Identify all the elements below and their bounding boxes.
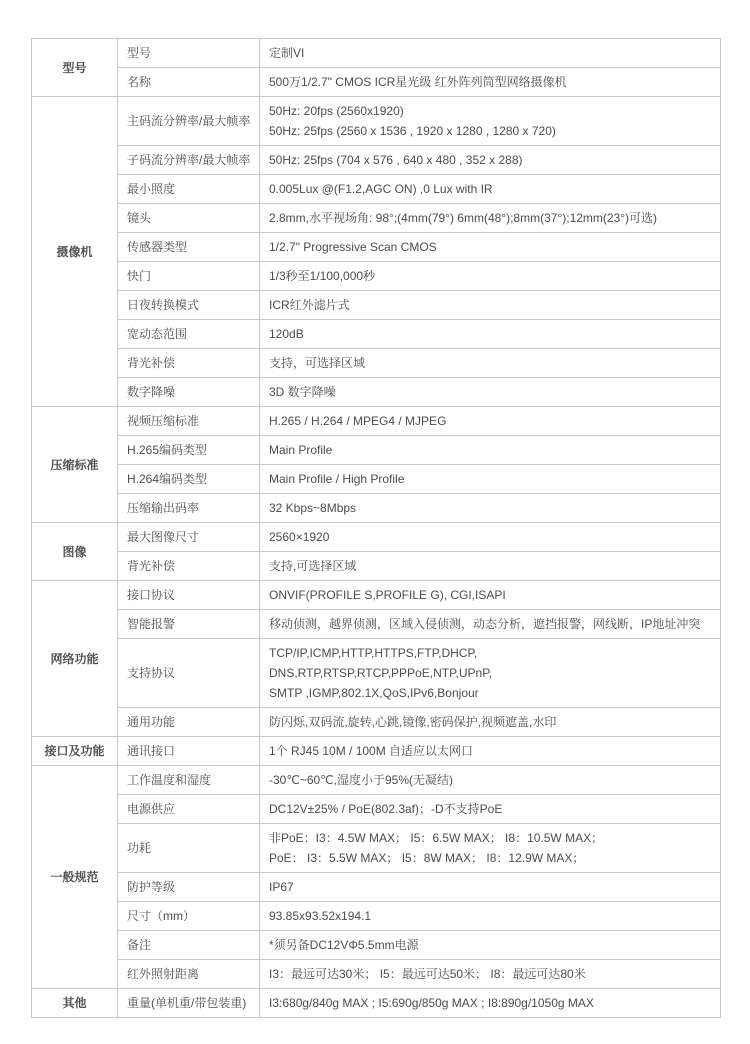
- value-line: 定制VI: [269, 43, 714, 63]
- table-row: 智能报警移动侦测，越界侦测，区域入侵侦测，动态分析，遮挡报警，网线断，IP地址冲…: [32, 610, 721, 639]
- value-line: 2.8mm,水平视场角: 98°;(4mm(79°) 6mm(48°);8mm(…: [269, 208, 714, 228]
- param-cell: 快门: [118, 262, 260, 291]
- value-cell: 定制VI: [260, 39, 721, 68]
- value-line: H.265 / H.264 / MPEG4 / MJPEG: [269, 411, 714, 431]
- value-cell: Main Profile: [260, 436, 721, 465]
- value-line: SMTP ,IGMP,802.1X,QoS,IPv6,Bonjour: [269, 683, 714, 703]
- param-cell: 主码流分辨率/最大帧率: [118, 97, 260, 146]
- table-row: 名称500万1/2.7" CMOS ICR星光级 红外阵列筒型网络摄像机: [32, 68, 721, 97]
- value-line: 50Hz: 20fps (2560x1920): [269, 101, 714, 121]
- value-cell: *须另备DC12VΦ5.5mm电源: [260, 931, 721, 960]
- param-cell: 视频压缩标准: [118, 407, 260, 436]
- table-row: 压缩输出码率32 Kbps~8Mbps: [32, 494, 721, 523]
- value-line: -30℃~60℃,湿度小于95%(无凝结): [269, 770, 714, 790]
- table-row: 压缩标准视频压缩标准H.265 / H.264 / MPEG4 / MJPEG: [32, 407, 721, 436]
- table-row: 图像最大图像尺寸2560×1920: [32, 523, 721, 552]
- spec-table: 型号型号定制VI名称500万1/2.7" CMOS ICR星光级 红外阵列筒型网…: [31, 38, 721, 1018]
- value-line: 3D 数字降噪: [269, 382, 714, 402]
- value-cell: H.265 / H.264 / MPEG4 / MJPEG: [260, 407, 721, 436]
- table-row: 宽动态范围120dB: [32, 320, 721, 349]
- value-line: 非PoE：I3：4.5W MAX； I5：6.5W MAX； I8：10.5W …: [269, 828, 714, 848]
- value-line: IP67: [269, 877, 714, 897]
- value-cell: 支持,可选择区域: [260, 552, 721, 581]
- category-cell: 接口及功能: [32, 737, 118, 766]
- value-cell: 93.85x93.52x194.1: [260, 902, 721, 931]
- table-row: H.264编码类型Main Profile / High Profile: [32, 465, 721, 494]
- value-cell: 120dB: [260, 320, 721, 349]
- value-line: *须另备DC12VΦ5.5mm电源: [269, 935, 714, 955]
- category-cell: 图像: [32, 523, 118, 581]
- value-cell: 防闪烁,双码流,旋转,心跳,镜像,密码保护,视频遮盖,水印: [260, 708, 721, 737]
- param-cell: 尺寸（mm）: [118, 902, 260, 931]
- value-cell: 32 Kbps~8Mbps: [260, 494, 721, 523]
- param-cell: 支持协议: [118, 639, 260, 708]
- value-line: 2560×1920: [269, 527, 714, 547]
- param-cell: H.265编码类型: [118, 436, 260, 465]
- value-line: 93.85x93.52x194.1: [269, 906, 714, 926]
- value-cell: ONVIF(PROFILE S,PROFILE G), CGI,ISAPI: [260, 581, 721, 610]
- param-cell: 名称: [118, 68, 260, 97]
- value-line: 支持，可选择区域: [269, 353, 714, 373]
- value-cell: IP67: [260, 873, 721, 902]
- table-row: 摄像机主码流分辨率/最大帧率50Hz: 20fps (2560x1920)50H…: [32, 97, 721, 146]
- value-cell: 500万1/2.7" CMOS ICR星光级 红外阵列筒型网络摄像机: [260, 68, 721, 97]
- spec-table-body: 型号型号定制VI名称500万1/2.7" CMOS ICR星光级 红外阵列筒型网…: [32, 39, 721, 1018]
- value-line: 1/2.7" Progressive Scan CMOS: [269, 237, 714, 257]
- param-cell: 子码流分辨率/最大帧率: [118, 146, 260, 175]
- table-row: 接口及功能通讯接口1个 RJ45 10M / 100M 自适应以太网口: [32, 737, 721, 766]
- param-cell: 接口协议: [118, 581, 260, 610]
- value-cell: DC12V±25% / PoE(802.3af)；-D不支持PoE: [260, 795, 721, 824]
- table-row: 功耗非PoE：I3：4.5W MAX； I5：6.5W MAX； I8：10.5…: [32, 824, 721, 873]
- value-cell: 2.8mm,水平视场角: 98°;(4mm(79°) 6mm(48°);8mm(…: [260, 204, 721, 233]
- table-row: 支持协议TCP/IP,ICMP,HTTP,HTTPS,FTP,DHCP,DNS,…: [32, 639, 721, 708]
- param-cell: 镜头: [118, 204, 260, 233]
- value-cell: 1/3秒至1/100,000秒: [260, 262, 721, 291]
- table-row: 数字降噪3D 数字降噪: [32, 378, 721, 407]
- table-row: 传感器类型1/2.7" Progressive Scan CMOS: [32, 233, 721, 262]
- value-line: 32 Kbps~8Mbps: [269, 498, 714, 518]
- value-line: 0.005Lux @(F1.2,AGC ON) ,0 Lux with IR: [269, 179, 714, 199]
- table-row: 最小照度0.005Lux @(F1.2,AGC ON) ,0 Lux with …: [32, 175, 721, 204]
- value-line: Main Profile: [269, 440, 714, 460]
- param-cell: 型号: [118, 39, 260, 68]
- param-cell: 智能报警: [118, 610, 260, 639]
- table-row: 红外照射距离I3：最远可达30米； I5：最远可达50米； I8：最远可达80米: [32, 960, 721, 989]
- value-line: TCP/IP,ICMP,HTTP,HTTPS,FTP,DHCP,: [269, 643, 714, 663]
- value-line: ICR红外滤片式: [269, 295, 714, 315]
- category-cell: 摄像机: [32, 97, 118, 407]
- table-row: 防护等级IP67: [32, 873, 721, 902]
- value-line: Main Profile / High Profile: [269, 469, 714, 489]
- param-cell: H.264编码类型: [118, 465, 260, 494]
- category-cell: 网络功能: [32, 581, 118, 737]
- table-row: 网络功能接口协议ONVIF(PROFILE S,PROFILE G), CGI,…: [32, 581, 721, 610]
- table-row: 背光补偿支持,可选择区域: [32, 552, 721, 581]
- value-line: 500万1/2.7" CMOS ICR星光级 红外阵列筒型网络摄像机: [269, 72, 714, 92]
- value-line: I3：最远可达30米； I5：最远可达50米； I8：最远可达80米: [269, 964, 714, 984]
- value-line: 移动侦测，越界侦测，区域入侵侦测，动态分析，遮挡报警，网线断，IP地址冲突: [269, 614, 714, 634]
- param-cell: 防护等级: [118, 873, 260, 902]
- table-row: 备注*须另备DC12VΦ5.5mm电源: [32, 931, 721, 960]
- value-cell: -30℃~60℃,湿度小于95%(无凝结): [260, 766, 721, 795]
- value-cell: 1/2.7" Progressive Scan CMOS: [260, 233, 721, 262]
- param-cell: 背光补偿: [118, 349, 260, 378]
- table-row: 一般规范工作温度和湿度-30℃~60℃,湿度小于95%(无凝结): [32, 766, 721, 795]
- spec-sheet-page: 型号型号定制VI名称500万1/2.7" CMOS ICR星光级 红外阵列筒型网…: [0, 0, 750, 1044]
- value-cell: 3D 数字降噪: [260, 378, 721, 407]
- table-row: 尺寸（mm）93.85x93.52x194.1: [32, 902, 721, 931]
- value-cell: 0.005Lux @(F1.2,AGC ON) ,0 Lux with IR: [260, 175, 721, 204]
- param-cell: 数字降噪: [118, 378, 260, 407]
- value-line: ONVIF(PROFILE S,PROFILE G), CGI,ISAPI: [269, 585, 714, 605]
- value-line: DC12V±25% / PoE(802.3af)；-D不支持PoE: [269, 799, 714, 819]
- value-cell: 1个 RJ45 10M / 100M 自适应以太网口: [260, 737, 721, 766]
- value-cell: I3：最远可达30米； I5：最远可达50米； I8：最远可达80米: [260, 960, 721, 989]
- value-cell: 非PoE：I3：4.5W MAX； I5：6.5W MAX； I8：10.5W …: [260, 824, 721, 873]
- param-cell: 工作温度和湿度: [118, 766, 260, 795]
- param-cell: 电源供应: [118, 795, 260, 824]
- table-row: 型号型号定制VI: [32, 39, 721, 68]
- value-line: 50Hz: 25fps (704 x 576 , 640 x 480 , 352…: [269, 150, 714, 170]
- param-cell: 背光补偿: [118, 552, 260, 581]
- value-line: 1/3秒至1/100,000秒: [269, 266, 714, 286]
- value-line: DNS,RTP,RTSP,RTCP,PPPoE,NTP,UPnP,: [269, 663, 714, 683]
- table-row: 通用功能防闪烁,双码流,旋转,心跳,镜像,密码保护,视频遮盖,水印: [32, 708, 721, 737]
- param-cell: 通讯接口: [118, 737, 260, 766]
- param-cell: 功耗: [118, 824, 260, 873]
- value-cell: 2560×1920: [260, 523, 721, 552]
- table-row: 镜头2.8mm,水平视场角: 98°;(4mm(79°) 6mm(48°);8m…: [32, 204, 721, 233]
- table-row: 电源供应DC12V±25% / PoE(802.3af)；-D不支持PoE: [32, 795, 721, 824]
- value-line: 支持,可选择区域: [269, 556, 714, 576]
- category-cell: 压缩标准: [32, 407, 118, 523]
- value-cell: 50Hz: 25fps (704 x 576 , 640 x 480 , 352…: [260, 146, 721, 175]
- param-cell: 重量(单机重/带包装重): [118, 989, 260, 1018]
- table-row: H.265编码类型Main Profile: [32, 436, 721, 465]
- param-cell: 最大图像尺寸: [118, 523, 260, 552]
- value-line: I3:680g/840g MAX ; I5:690g/850g MAX ; I8…: [269, 993, 714, 1013]
- param-cell: 宽动态范围: [118, 320, 260, 349]
- value-cell: I3:680g/840g MAX ; I5:690g/850g MAX ; I8…: [260, 989, 721, 1018]
- param-cell: 日夜转换模式: [118, 291, 260, 320]
- value-line: 防闪烁,双码流,旋转,心跳,镜像,密码保护,视频遮盖,水印: [269, 712, 714, 732]
- category-cell: 一般规范: [32, 766, 118, 989]
- value-cell: 支持，可选择区域: [260, 349, 721, 378]
- table-row: 背光补偿支持，可选择区域: [32, 349, 721, 378]
- param-cell: 红外照射距离: [118, 960, 260, 989]
- value-line: 120dB: [269, 324, 714, 344]
- value-cell: 移动侦测，越界侦测，区域入侵侦测，动态分析，遮挡报警，网线断，IP地址冲突: [260, 610, 721, 639]
- value-cell: ICR红外滤片式: [260, 291, 721, 320]
- param-cell: 压缩输出码率: [118, 494, 260, 523]
- table-row: 日夜转换模式ICR红外滤片式: [32, 291, 721, 320]
- value-cell: Main Profile / High Profile: [260, 465, 721, 494]
- param-cell: 备注: [118, 931, 260, 960]
- param-cell: 通用功能: [118, 708, 260, 737]
- value-line: PoE： I3：5.5W MAX； I5：8W MAX； I8：12.9W MA…: [269, 848, 714, 868]
- table-row: 快门1/3秒至1/100,000秒: [32, 262, 721, 291]
- value-cell: 50Hz: 20fps (2560x1920)50Hz: 25fps (2560…: [260, 97, 721, 146]
- table-row: 其他重量(单机重/带包装重)I3:680g/840g MAX ; I5:690g…: [32, 989, 721, 1018]
- category-cell: 型号: [32, 39, 118, 97]
- category-cell: 其他: [32, 989, 118, 1018]
- value-line: 50Hz: 25fps (2560 x 1536 , 1920 x 1280 ,…: [269, 121, 714, 141]
- value-cell: TCP/IP,ICMP,HTTP,HTTPS,FTP,DHCP,DNS,RTP,…: [260, 639, 721, 708]
- table-row: 子码流分辨率/最大帧率50Hz: 25fps (704 x 576 , 640 …: [32, 146, 721, 175]
- param-cell: 最小照度: [118, 175, 260, 204]
- value-line: 1个 RJ45 10M / 100M 自适应以太网口: [269, 741, 714, 761]
- param-cell: 传感器类型: [118, 233, 260, 262]
